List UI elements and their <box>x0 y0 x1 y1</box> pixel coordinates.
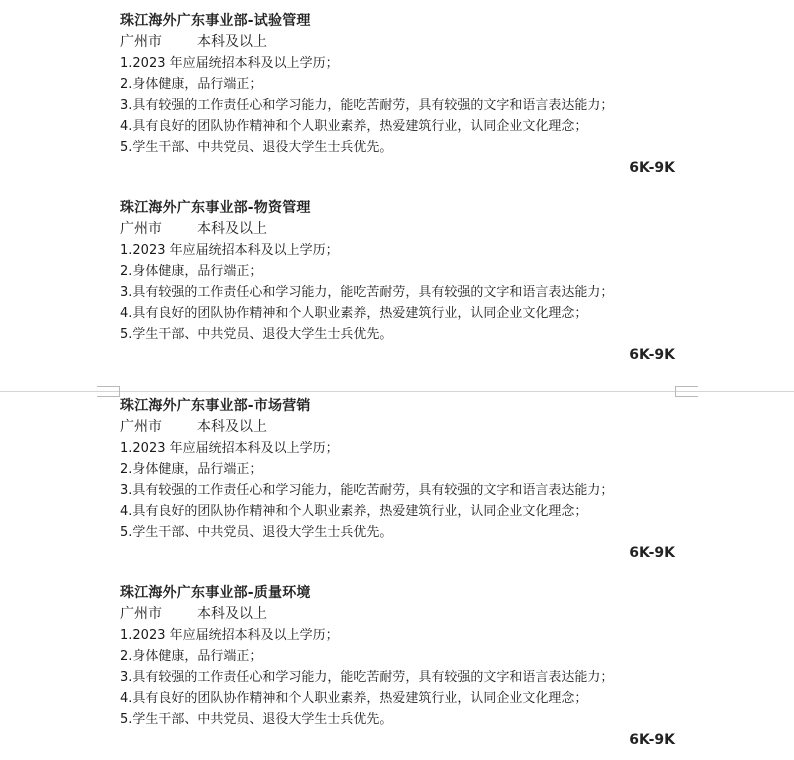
requirement-item: 2.身体健康，品行端正； <box>120 646 680 667</box>
job-meta: 广州市本科及以上 <box>120 604 680 625</box>
requirement-item: 1.2023 年应届统招本科及以上学历； <box>120 625 680 646</box>
requirement-item: 4.具有良好的团队协作精神和个人职业素养，热爱建筑行业，认同企业文化理念； <box>120 303 680 324</box>
job-salary: 6K-9K <box>120 158 675 178</box>
requirement-item: 4.具有良好的团队协作精神和个人职业素养，热爱建筑行业，认同企业文化理念； <box>120 116 680 137</box>
job-education: 本科及以上 <box>197 221 267 237</box>
job-city: 广州市 <box>120 417 197 438</box>
job-salary: 6K-9K <box>120 543 675 563</box>
job-title: 珠江海外广东事业部-试验管理 <box>120 11 680 32</box>
job-city: 广州市 <box>120 219 197 240</box>
job-meta: 广州市本科及以上 <box>120 32 680 53</box>
requirement-item: 1.2023 年应届统招本科及以上学历； <box>120 438 680 459</box>
requirement-item: 2.身体健康，品行端正； <box>120 459 680 480</box>
requirement-item: 3.具有较强的工作责任心和学习能力，能吃苦耐劳，具有较强的文字和语言表达能力； <box>120 95 680 116</box>
requirement-item: 5.学生干部、中共党员、退役大学生士兵优先。 <box>120 522 680 543</box>
requirement-item: 5.学生干部、中共党员、退役大学生士兵优先。 <box>120 709 680 730</box>
job-meta: 广州市本科及以上 <box>120 417 680 438</box>
job-posting: 珠江海外广东事业部-质量环境 广州市本科及以上 1.2023 年应届统招本科及以… <box>120 583 680 750</box>
job-city: 广州市 <box>120 604 197 625</box>
job-education: 本科及以上 <box>197 606 267 622</box>
job-salary: 6K-9K <box>120 730 675 750</box>
requirement-item: 2.身体健康，品行端正； <box>120 74 680 95</box>
requirement-item: 5.学生干部、中共党员、退役大学生士兵优先。 <box>120 324 680 345</box>
margin-corner-mark-left <box>97 386 120 397</box>
requirement-item: 5.学生干部、中共党员、退役大学生士兵优先。 <box>120 137 680 158</box>
job-salary: 6K-9K <box>120 345 675 365</box>
job-education: 本科及以上 <box>197 419 267 435</box>
requirement-item: 4.具有良好的团队协作精神和个人职业素养，热爱建筑行业，认同企业文化理念； <box>120 501 680 522</box>
job-title: 珠江海外广东事业部-物资管理 <box>120 198 680 219</box>
requirement-item: 3.具有较强的工作责任心和学习能力，能吃苦耐劳，具有较强的文字和语言表达能力； <box>120 667 680 688</box>
requirement-item: 4.具有良好的团队协作精神和个人职业素养，热爱建筑行业，认同企业文化理念； <box>120 688 680 709</box>
requirement-item: 3.具有较强的工作责任心和学习能力，能吃苦耐劳，具有较强的文字和语言表达能力； <box>120 480 680 501</box>
job-posting: 珠江海外广东事业部-市场营销 广州市本科及以上 1.2023 年应届统招本科及以… <box>120 396 680 563</box>
job-meta: 广州市本科及以上 <box>120 219 680 240</box>
requirement-item: 1.2023 年应届统招本科及以上学历； <box>120 240 680 261</box>
job-posting: 珠江海外广东事业部-试验管理 广州市本科及以上 1.2023 年应届统招本科及以… <box>120 11 680 178</box>
job-title: 珠江海外广东事业部-质量环境 <box>120 583 680 604</box>
job-city: 广州市 <box>120 32 197 53</box>
requirement-item: 1.2023 年应届统招本科及以上学历； <box>120 53 680 74</box>
job-posting: 珠江海外广东事业部-物资管理 广州市本科及以上 1.2023 年应届统招本科及以… <box>120 198 680 365</box>
job-education: 本科及以上 <box>197 34 267 50</box>
requirement-item: 3.具有较强的工作责任心和学习能力，能吃苦耐劳，具有较强的文字和语言表达能力； <box>120 282 680 303</box>
requirement-item: 2.身体健康，品行端正； <box>120 261 680 282</box>
job-title: 珠江海外广东事业部-市场营销 <box>120 396 680 417</box>
